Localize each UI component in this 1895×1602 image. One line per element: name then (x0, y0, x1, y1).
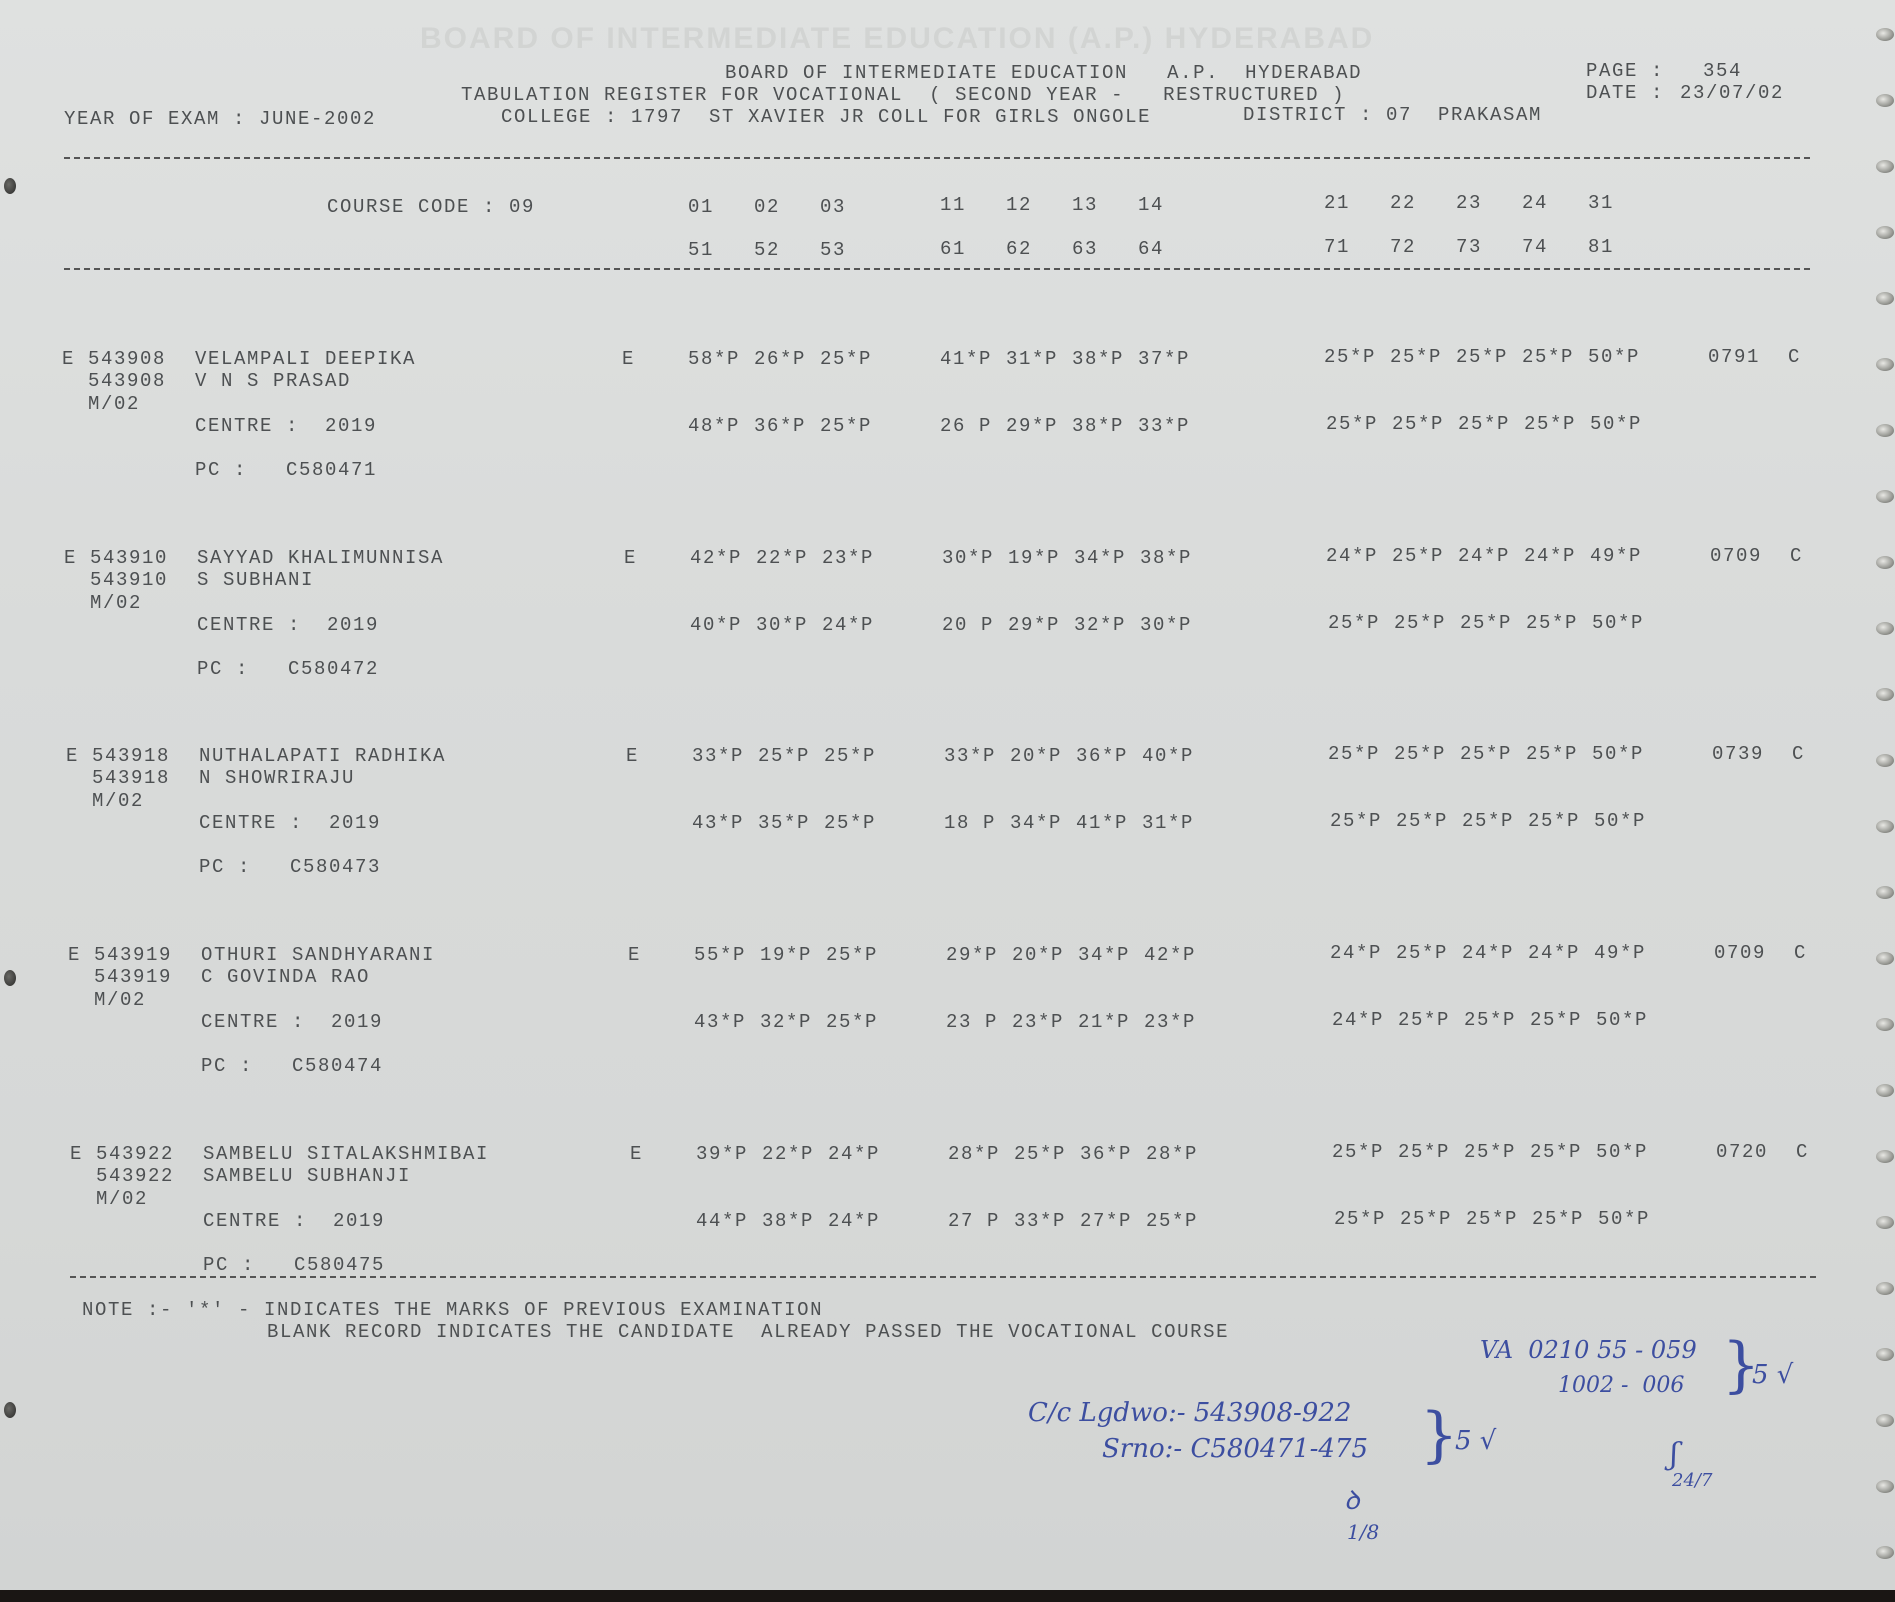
mark-cell: 25*P (1394, 614, 1446, 633)
mark-cell: 19*P (760, 946, 812, 965)
total-marks: 0739 (1712, 745, 1764, 764)
mark-cell: 26 P (940, 417, 992, 436)
column-code: 53 (820, 241, 846, 260)
mark-cell: 24*P (1528, 944, 1580, 963)
mark-cell: 24*P (1330, 944, 1382, 963)
mark-cell: 24*P (1524, 547, 1576, 566)
mark-cell: 19*P (1008, 549, 1060, 568)
feed-hole (1876, 226, 1894, 239)
district-info: DISTRICT : 07 PRAKASAM (1243, 106, 1542, 125)
mark-cell: 25*P (826, 1013, 878, 1032)
year-of-exam: YEAR OF EXAM : JUNE-2002 (64, 110, 376, 129)
column-code: 24 (1522, 194, 1548, 213)
hall-ticket-number: 543910 (90, 549, 168, 568)
candidate-name: SAYYAD KHALIMUNNISA (197, 549, 444, 568)
mark-cell: 33*P (1014, 1212, 1066, 1231)
handwritten-signature-2: ʃ (1670, 1440, 1678, 1470)
mark-cell: 24*P (1326, 547, 1378, 566)
mark-cell: 34*P (1078, 946, 1130, 965)
centre-info: CENTRE : 2019 (199, 814, 381, 833)
feed-hole (1876, 886, 1894, 899)
total-marks: 0709 (1714, 944, 1766, 963)
mark-cell: 36*P (754, 417, 806, 436)
header-divider (64, 157, 1810, 159)
candidate-code: M/02 (90, 594, 142, 613)
total-marks: 0791 (1708, 348, 1760, 367)
father-name: SAMBELU SUBHANJI (203, 1167, 411, 1186)
mark-cell: 23 P (946, 1013, 998, 1032)
mark-cell: 38*P (1140, 549, 1192, 568)
mark-cell: 25*P (1456, 348, 1508, 367)
column-code: 03 (820, 198, 846, 217)
feed-hole (1876, 1084, 1894, 1097)
feed-hole (1876, 820, 1894, 833)
column-code: 01 (688, 198, 714, 217)
mark-cell: 50*P (1588, 348, 1640, 367)
candidate-name: SAMBELU SITALAKSHMIBAI (203, 1145, 489, 1164)
mark-cell: 25*P (1328, 614, 1380, 633)
mark-cell: 43*P (692, 814, 744, 833)
footer-divider (70, 1276, 1816, 1278)
mark-cell: 24*P (1332, 1011, 1384, 1030)
column-code: 81 (1588, 238, 1614, 257)
page-number: 354 (1703, 62, 1742, 81)
column-code: 14 (1138, 196, 1164, 215)
mark-cell: 50*P (1594, 812, 1646, 831)
mark-cell: 23*P (822, 549, 874, 568)
mark-cell: 49*P (1590, 547, 1642, 566)
mark-cell: 49*P (1594, 944, 1646, 963)
mark-cell: 25*P (820, 417, 872, 436)
feed-hole (1876, 1216, 1894, 1229)
feed-hole (1876, 556, 1894, 569)
feed-hole (1876, 28, 1894, 41)
mark-cell: 24*P (1458, 547, 1510, 566)
mark-cell: 25*P (1146, 1212, 1198, 1231)
mark-cell: 32*P (760, 1013, 812, 1032)
hall-ticket-number: 543919 (94, 946, 172, 965)
mark-cell: 28*P (1146, 1145, 1198, 1164)
column-code: 02 (754, 198, 780, 217)
column-code: 11 (940, 196, 966, 215)
mark-cell: 22*P (762, 1145, 814, 1164)
medium: E (628, 946, 641, 965)
mark-cell: 25*P (1532, 1210, 1584, 1229)
mark-cell: 31*P (1006, 350, 1058, 369)
handwritten-signature-1: ꝺ (1344, 1488, 1360, 1514)
mark-cell: 44*P (696, 1212, 748, 1231)
mark-cell: 36*P (1080, 1145, 1132, 1164)
mark-cell: 48*P (688, 417, 740, 436)
mark-cell: 25*P (1392, 547, 1444, 566)
mark-cell: 25*P (1334, 1210, 1386, 1229)
column-code: 23 (1456, 194, 1482, 213)
mark-cell: 25*P (1398, 1011, 1450, 1030)
mark-cell: 29*P (1008, 616, 1060, 635)
handwritten-date-1: 1/8 (1347, 1522, 1379, 1542)
result-code: C (1796, 1143, 1809, 1162)
candidate-name: OTHURI SANDHYARANI (201, 946, 435, 965)
mark-cell: 25*P (1526, 745, 1578, 764)
mark-cell: 25*P (1390, 348, 1442, 367)
mark-cell: 43*P (694, 1013, 746, 1032)
pc-number: PC : C580475 (203, 1256, 385, 1275)
mark-cell: 31*P (1142, 814, 1194, 833)
feed-hole (1876, 358, 1894, 371)
mark-cell: 42*P (690, 549, 742, 568)
hall-ticket-number: 543922 (96, 1145, 174, 1164)
result-code: C (1794, 944, 1807, 963)
register-title: TABULATION REGISTER FOR VOCATIONAL ( SEC… (461, 86, 1345, 105)
mark-cell: 50*P (1598, 1210, 1650, 1229)
binding-hole (4, 178, 16, 194)
column-code: 61 (940, 240, 966, 259)
mark-cell: 34*P (1010, 814, 1062, 833)
column-code: 64 (1138, 240, 1164, 259)
mark-cell: 25*P (1014, 1145, 1066, 1164)
mark-cell: 24*P (822, 616, 874, 635)
mark-cell: 25*P (1464, 1143, 1516, 1162)
record-prefix: E (64, 549, 77, 568)
mark-cell: 25*P (1326, 415, 1378, 434)
father-name: N SHOWRIRAJU (199, 769, 355, 788)
mark-cell: 29*P (946, 946, 998, 965)
centre-info: CENTRE : 2019 (195, 417, 377, 436)
note-line-2: BLANK RECORD INDICATES THE CANDIDATE ALR… (267, 1323, 1229, 1342)
mark-cell: 50*P (1592, 745, 1644, 764)
mark-cell: 33*P (944, 747, 996, 766)
mark-cell: 25*P (1328, 745, 1380, 764)
mark-cell: 29*P (1006, 417, 1058, 436)
mark-cell: 25*P (824, 747, 876, 766)
mark-cell: 24*P (1462, 944, 1514, 963)
feed-hole (1876, 1546, 1894, 1559)
mark-cell: 27*P (1080, 1212, 1132, 1231)
date-value: 23/07/02 (1680, 84, 1784, 103)
mark-cell: 27 P (948, 1212, 1000, 1231)
mark-cell: 25*P (1392, 415, 1444, 434)
handwritten-va-line-1: VA 0210 55 - 059 (1480, 1338, 1697, 1362)
mark-cell: 41*P (1076, 814, 1128, 833)
centre-info: CENTRE : 2019 (201, 1013, 383, 1032)
feed-hole (1876, 160, 1894, 173)
mark-cell: 50*P (1592, 614, 1644, 633)
mark-cell: 37*P (1138, 350, 1190, 369)
mark-cell: 25*P (1332, 1143, 1384, 1162)
pc-number: PC : C580472 (197, 660, 379, 679)
bleed-through-text: BOARD OF INTERMEDIATE EDUCATION (A.P.) H… (420, 22, 1374, 56)
mark-cell: 58*P (688, 350, 740, 369)
column-code: 21 (1324, 194, 1350, 213)
feed-hole (1876, 754, 1894, 767)
roll-number: 543910 (90, 571, 168, 590)
candidate-code: M/02 (96, 1190, 148, 1209)
record-prefix: E (68, 946, 81, 965)
column-code: 63 (1072, 240, 1098, 259)
mark-cell: 41*P (940, 350, 992, 369)
mark-cell: 25*P (1458, 415, 1510, 434)
feed-hole (1876, 1282, 1894, 1295)
mark-cell: 42*P (1144, 946, 1196, 965)
mark-cell: 40*P (690, 616, 742, 635)
mark-cell: 32*P (1074, 616, 1126, 635)
mark-cell: 20*P (1010, 747, 1062, 766)
medium: E (626, 747, 639, 766)
mark-cell: 40*P (1142, 747, 1194, 766)
roll-number: 543918 (92, 769, 170, 788)
columns-divider (64, 268, 1810, 270)
medium: E (622, 350, 635, 369)
candidate-code: M/02 (92, 792, 144, 811)
mark-cell: 25*P (1524, 415, 1576, 434)
mark-cell: 25*P (1462, 812, 1514, 831)
mark-cell: 55*P (694, 946, 746, 965)
feed-hole (1876, 688, 1894, 701)
date-label: DATE : (1586, 84, 1664, 103)
handwritten-cfc-mark: 5 √ (1455, 1428, 1496, 1454)
feed-hole (1876, 292, 1894, 305)
mark-cell: 25*P (1394, 745, 1446, 764)
medium: E (624, 549, 637, 568)
mark-cell: 30*P (942, 549, 994, 568)
mark-cell: 25*P (1396, 944, 1448, 963)
roll-number: 543919 (94, 968, 172, 987)
column-code: 31 (1588, 194, 1614, 213)
handwritten-va-line-2: 1002 - 006 (1558, 1375, 1684, 1397)
college-info: COLLEGE : 1797 ST XAVIER JR COLL FOR GIR… (501, 108, 1151, 127)
column-code: 74 (1522, 238, 1548, 257)
candidate-code: M/02 (88, 395, 140, 414)
feed-hole (1876, 622, 1894, 635)
hall-ticket-number: 543918 (92, 747, 170, 766)
mark-cell: 34*P (1074, 549, 1126, 568)
result-code: C (1790, 547, 1803, 566)
handwritten-cfc-line-2: Srno:- C580471-475 (1102, 1436, 1368, 1462)
medium: E (630, 1145, 643, 1164)
mark-cell: 22*P (756, 549, 808, 568)
column-code: 13 (1072, 196, 1098, 215)
mark-cell: 35*P (758, 814, 810, 833)
column-code: 22 (1390, 194, 1416, 213)
mark-cell: 25*P (1460, 614, 1512, 633)
column-code: 51 (688, 241, 714, 260)
mark-cell: 25*P (758, 747, 810, 766)
feed-hole (1876, 1348, 1894, 1361)
tabulation-register-page: BOARD OF INTERMEDIATE EDUCATION (A.P.) H… (0, 0, 1895, 1590)
feed-hole (1876, 952, 1894, 965)
mark-cell: 25*P (1522, 348, 1574, 367)
pc-number: PC : C580474 (201, 1057, 383, 1076)
note-line-1: NOTE :- '*' - INDICATES THE MARKS OF PRE… (82, 1301, 823, 1320)
mark-cell: 25*P (1464, 1011, 1516, 1030)
mark-cell: 25*P (1398, 1143, 1450, 1162)
mark-cell: 38*P (1072, 417, 1124, 436)
mark-cell: 25*P (1400, 1210, 1452, 1229)
column-code: 52 (754, 241, 780, 260)
column-code: 62 (1006, 240, 1032, 259)
mark-cell: 18 P (944, 814, 996, 833)
pc-number: PC : C580473 (199, 858, 381, 877)
mark-cell: 28*P (948, 1145, 1000, 1164)
mark-cell: 21*P (1078, 1013, 1130, 1032)
father-name: V N S PRASAD (195, 372, 351, 391)
mark-cell: 33*P (692, 747, 744, 766)
feed-hole (1876, 1414, 1894, 1427)
centre-info: CENTRE : 2019 (203, 1212, 385, 1231)
mark-cell: 23*P (1144, 1013, 1196, 1032)
record-prefix: E (62, 350, 75, 369)
mark-cell: 20 P (942, 616, 994, 635)
mark-cell: 38*P (1072, 350, 1124, 369)
candidate-name: NUTHALAPATI RADHIKA (199, 747, 446, 766)
binding-hole (4, 970, 16, 986)
mark-cell: 23*P (1012, 1013, 1064, 1032)
mark-cell: 30*P (756, 616, 808, 635)
mark-cell: 25*P (1528, 812, 1580, 831)
mark-cell: 25*P (1324, 348, 1376, 367)
mark-cell: 25*P (826, 946, 878, 965)
feed-hole (1876, 1018, 1894, 1031)
column-code: 12 (1006, 196, 1032, 215)
mark-cell: 25*P (1526, 614, 1578, 633)
centre-info: CENTRE : 2019 (197, 616, 379, 635)
pc-number: PC : C580471 (195, 461, 377, 480)
mark-cell: 50*P (1596, 1143, 1648, 1162)
mark-cell: 24*P (828, 1145, 880, 1164)
mark-cell: 26*P (754, 350, 806, 369)
mark-cell: 39*P (696, 1145, 748, 1164)
mark-cell: 38*P (762, 1212, 814, 1231)
candidate-name: VELAMPALI DEEPIKA (195, 350, 416, 369)
hall-ticket-number: 543908 (88, 350, 166, 369)
course-code: COURSE CODE : 09 (327, 198, 535, 217)
total-marks: 0720 (1716, 1143, 1768, 1162)
result-code: C (1788, 348, 1801, 367)
father-name: S SUBHANI (197, 571, 314, 590)
candidate-code: M/02 (94, 991, 146, 1010)
mark-cell: 24*P (828, 1212, 880, 1231)
mark-cell: 25*P (820, 350, 872, 369)
feed-hole (1876, 490, 1894, 503)
mark-cell: 50*P (1596, 1011, 1648, 1030)
handwritten-va-mark: 5 √ (1752, 1362, 1793, 1388)
binding-hole (4, 1402, 16, 1418)
feed-hole (1876, 1480, 1894, 1493)
roll-number: 543922 (96, 1167, 174, 1186)
handwritten-cfc-line-1: C/c Lgdwo:- 543908-922 (1028, 1400, 1351, 1426)
father-name: C GOVINDA RAO (201, 968, 370, 987)
feed-hole (1876, 94, 1894, 107)
mark-cell: 25*P (1466, 1210, 1518, 1229)
record-prefix: E (66, 747, 79, 766)
background-edge (0, 1590, 1895, 1602)
feed-hole (1876, 1150, 1894, 1163)
result-code: C (1792, 745, 1805, 764)
roll-number: 543908 (88, 372, 166, 391)
handwritten-brace: } (1420, 1405, 1458, 1465)
handwritten-date-2: 24/7 (1672, 1472, 1712, 1490)
mark-cell: 25*P (1460, 745, 1512, 764)
mark-cell: 25*P (1530, 1143, 1582, 1162)
total-marks: 0709 (1710, 547, 1762, 566)
board-title: BOARD OF INTERMEDIATE EDUCATION A.P. HYD… (725, 64, 1362, 83)
feed-hole (1876, 424, 1894, 437)
column-code: 72 (1390, 238, 1416, 257)
mark-cell: 33*P (1138, 417, 1190, 436)
column-code: 71 (1324, 238, 1350, 257)
mark-cell: 36*P (1076, 747, 1128, 766)
mark-cell: 25*P (1530, 1011, 1582, 1030)
mark-cell: 50*P (1590, 415, 1642, 434)
mark-cell: 20*P (1012, 946, 1064, 965)
page-label: PAGE : (1586, 62, 1664, 81)
mark-cell: 25*P (1330, 812, 1382, 831)
mark-cell: 30*P (1140, 616, 1192, 635)
column-code: 73 (1456, 238, 1482, 257)
mark-cell: 25*P (824, 814, 876, 833)
record-prefix: E (70, 1145, 83, 1164)
mark-cell: 25*P (1396, 812, 1448, 831)
